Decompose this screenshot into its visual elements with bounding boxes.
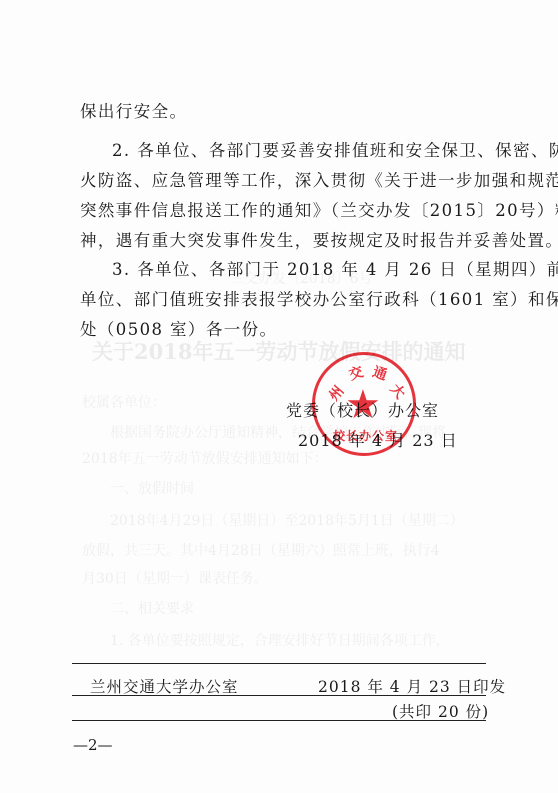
bleed-title: 关于2018年五一劳动节放假安排的通知 (92, 336, 465, 366)
page-number: —2— (73, 736, 113, 754)
bleed-line: 1. 各单位要按照规定，合理安排好节日期间各项工作， (110, 630, 450, 650)
footer-rule-middle (72, 695, 486, 696)
footer-copies: (共印 20 份) (392, 700, 489, 722)
stamp-char: 大 (386, 379, 410, 403)
body-paragraph-2: 2. 各单位、各部门要妥善安排值班和安全保卫、保密、防 (112, 141, 484, 161)
body-paragraph-3: 3. 各单位、各部门于 2018 年 4 月 26 日（星期四）前将本 (112, 260, 484, 280)
body-line: 神，遇有重大突发事件发生，要按规定及时报告并妥善处置。 (80, 231, 484, 251)
bleed-line: 2018年4月29日（星期日）至2018年5月1日（星期二） (110, 510, 464, 530)
bleed-line: 2018年五一劳动节放假安排通知如下： (82, 448, 328, 468)
bleed-line: 校属各单位： (82, 392, 166, 412)
footer-issue-date: 2018 年 4 月 23 日印发 (318, 675, 506, 697)
body-line: 突然事件信息报送工作的通知》（兰交办发〔2015〕20号）精 (80, 201, 484, 221)
star-icon: ★ (345, 385, 381, 425)
body-line: 保出行安全。 (80, 102, 484, 122)
bleed-line: 月30日（星期一）课表任务。 (82, 568, 268, 588)
body-line: 处（0508 室）各一份。 (80, 320, 484, 340)
footer-issuer: 兰州交通大学办公室 (90, 675, 239, 697)
document-page: 兰交办发〔2018〕6号 关于2018年五一劳动节放假安排的通知 校属各单位： … (0, 0, 558, 793)
body-line: 单位、部门值班安排表报学校办公室行政科（1601 室）和保卫 (80, 290, 484, 310)
bleed-line: 二、相关要求 (110, 598, 194, 618)
footer-rule-top (72, 663, 486, 664)
footer-rule-bottom (72, 720, 486, 721)
official-seal-stamp: 州 交 通 大 ★ 校长办公室 (312, 352, 416, 456)
body-line: 火防盗、应急管理等工作，深入贯彻《关于进一步加强和规范 (80, 171, 484, 191)
bleed-line: 放假，共三天。其中4月28日（星期六）照常上班，执行4 (82, 540, 440, 560)
bleed-line: 一、放假时间 (110, 478, 194, 498)
stamp-bottom-text: 校长办公室 (333, 427, 398, 444)
